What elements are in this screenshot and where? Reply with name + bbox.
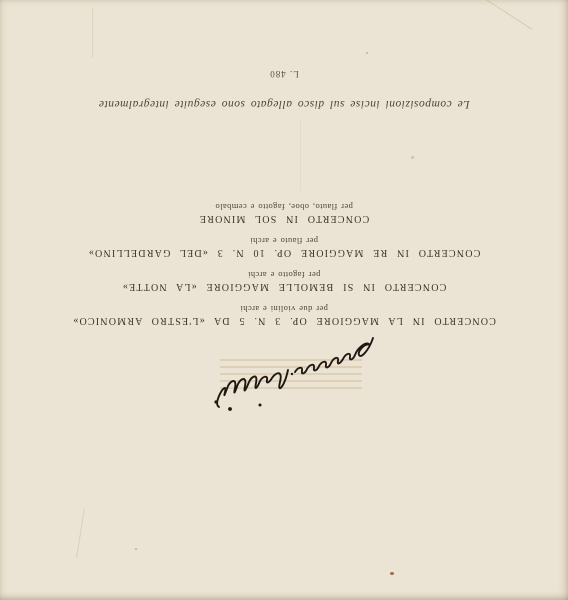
concerto-scoring: per fagotto e archi	[0, 269, 568, 280]
signature-block	[208, 330, 380, 422]
concerto-title: CONCERTO IN RE MAGGIORE OP. 10 N. 3 «DEL…	[0, 246, 568, 258]
concerto-list: CONCERTO IN LA MAGGIORE OP. 3 N. 5 DA «L…	[0, 190, 568, 326]
music-staff-and-signature	[208, 330, 380, 422]
vivaldi-signature	[217, 338, 373, 407]
printed-content-upside-down: CONCERTO IN LA MAGGIORE OP. 3 N. 5 DA «L…	[0, 0, 568, 600]
concerto-scoring: per flauto, oboe, fagotto e cembalo	[0, 201, 568, 212]
price-label: L. 480	[0, 69, 568, 79]
concerto-title: CONCERTO IN LA MAGGIORE OP. 3 N. 5 DA «L…	[0, 314, 568, 326]
concerto-entry: CONCERTO IN LA MAGGIORE OP. 3 N. 5 DA «L…	[0, 303, 568, 326]
concerto-entry: CONCERTO IN RE MAGGIORE OP. 10 N. 3 «DEL…	[0, 235, 568, 258]
concerto-entry: CONCERTO IN SI BEMOLLE MAGGIORE «LA NOTT…	[0, 269, 568, 292]
performance-note: Le composizioni incise sul disco allegat…	[0, 98, 568, 110]
concerto-title: CONCERTO IN SOL MINORE	[0, 212, 568, 224]
concerto-entry: CONCERTO IN SOL MINORE per flauto, oboe,…	[0, 201, 568, 224]
record-sleeve-back: CONCERTO IN LA MAGGIORE OP. 3 N. 5 DA «L…	[0, 0, 568, 600]
concerto-title: CONCERTO IN SI BEMOLLE MAGGIORE «LA NOTT…	[0, 280, 568, 292]
concerto-scoring: per due violini e archi	[0, 303, 568, 314]
concerto-scoring: per flauto e archi	[0, 235, 568, 246]
